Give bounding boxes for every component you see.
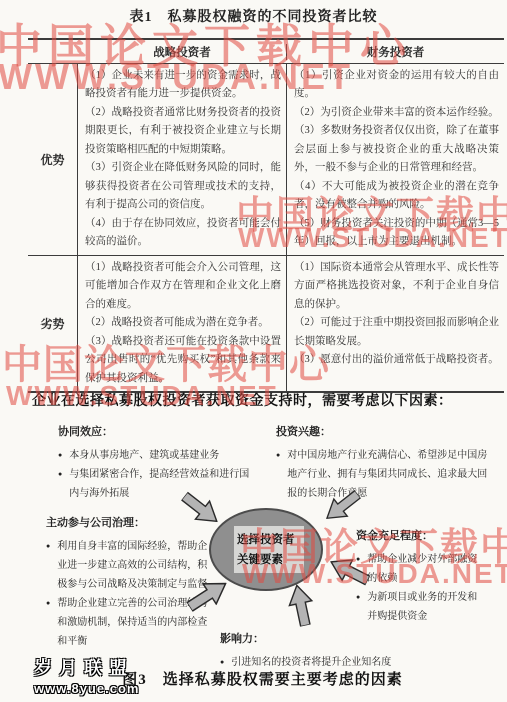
diagram-block-capital: 资金充足程度： ● 帮助企业减少对外部融资的依赖 ● 为新项目或业务的开发和并购… — [356, 527, 482, 626]
cell-advantages-strategic: （1）企业未来有进一步的资金需求时，战略投资者有能力进一步提供资金。 （2）战略… — [78, 64, 287, 255]
block-title: 资金充足程度： — [356, 527, 482, 546]
arrow-icon-from-influence — [284, 582, 318, 628]
cell-disadvantages-financial: （1）国际资本通常会从管理水平、成长性等方面严格挑选投资对象，不利于企业自身信息… — [287, 256, 504, 391]
block-title: 协同效应： — [58, 423, 250, 442]
bullet-text: 利用自身丰富的国际经验，帮助企业进一步建立高效的公司结构，积极参与公司战略及决策… — [57, 537, 216, 594]
diagram-block-governance: 主动参与公司治理： ● 利用自身丰富的国际经验，帮助企业进一步建立高效的公司结构… — [46, 514, 216, 651]
bullet-dot-icon: ● — [58, 465, 62, 503]
column-header-financial: 财务投资者 — [287, 44, 504, 60]
table-row-disadvantages: 劣势 （1）战略投资者可能会介入公司管理，这可能增加合作双方在管理和企业文化上磨… — [28, 256, 504, 391]
table-header-row: 战略投资者 财务投资者 — [28, 40, 504, 64]
block-title: 投资兴趣： — [276, 423, 496, 442]
site-badge-name: 岁月联盟 — [34, 654, 139, 680]
row-label-advantages: 优势 — [28, 64, 78, 255]
bullet-item: ● 利用自身丰富的国际经验，帮助企业进一步建立高效的公司结构，积极参与公司战略及… — [46, 537, 216, 594]
bullet-text: 对中国房地产行业充满信心、希望涉足中国房地产行业、拥有与集团共同成长、追求最大回… — [287, 446, 496, 503]
diagram-center-label-box: 选择投资者 关键要素 — [234, 526, 304, 573]
bullet-item: ● 为新项目或业务的开发和并购提供资金 — [356, 588, 482, 626]
bullet-dot-icon: ● — [276, 446, 280, 503]
center-label-line2: 关键要素 — [237, 550, 301, 570]
diagram-block-synergy: 协同效应： ● 本身从事房地产、建筑或基建业务 ● 与集团紧密合作，提高经营效益… — [58, 423, 250, 503]
bullet-dot-icon: ● — [46, 537, 50, 594]
diagram-block-influence: 影响力： ● 引进知名的投资者将提升企业知名度 — [220, 630, 465, 672]
bullet-dot-icon: ● — [46, 594, 50, 651]
bullet-text: 本身从事房地产、建筑或基建业务 — [69, 446, 219, 465]
table-row-advantages: 优势 （1）企业未来有进一步的资金需求时，战略投资者有能力进一步提供资金。 （2… — [28, 64, 504, 256]
bullet-item: ● 本身从事房地产、建筑或基建业务 — [58, 446, 250, 465]
center-label-line1: 选择投资者 — [237, 530, 301, 550]
block-title: 影响力： — [220, 630, 465, 649]
bullet-item: ● 与集团紧密合作，提高经营效益和进行国内与海外拓展 — [58, 465, 250, 503]
site-badge-url: www.8yue.com — [34, 681, 139, 696]
column-header-strategic: 战略投资者 — [78, 44, 287, 60]
bullet-dot-icon: ● — [356, 588, 360, 626]
investor-comparison-table: 战略投资者 财务投资者 优势 （1）企业未来有进一步的资金需求时，战略投资者有能… — [28, 38, 504, 393]
section-heading: 企业在选择私募股权投资者获取资金支持时，需要考虑以下因素： — [32, 390, 453, 410]
bullet-item: ● 帮助企业减少对外部融资的依赖 — [356, 550, 482, 588]
scanned-paper-page: { "page": { "table_title": "表1 私募股权融资的不同… — [0, 0, 507, 702]
bullet-dot-icon: ● — [58, 446, 62, 465]
row-label-disadvantages: 劣势 — [28, 256, 78, 391]
cell-disadvantages-strategic: （1）战略投资者可能会介入公司管理，这可能增加合作双方在管理和企业文化上磨合的难… — [78, 256, 287, 391]
cell-advantages-financial: （1）引资企业对资金的运用有较大的自由度。 （2）为引资企业带来丰富的资本运作经… — [287, 64, 504, 255]
bullet-item: ● 对中国房地产行业充满信心、希望涉足中国房地产行业、拥有与集团共同成长、追求最… — [276, 446, 496, 503]
diagram-center-ellipse: 选择投资者 关键要素 — [209, 508, 323, 591]
site-badge: 岁月联盟 www.8yue.com — [34, 654, 139, 696]
bullet-text: 为新项目或业务的开发和并购提供资金 — [367, 588, 482, 626]
diagram-block-interest: 投资兴趣： ● 对中国房地产行业充满信心、希望涉足中国房地产行业、拥有与集团共同… — [276, 423, 496, 503]
bullet-text: 帮助企业减少对外部融资的依赖 — [367, 550, 482, 588]
bullet-text: 与集团紧密合作，提高经营效益和进行国内与海外拓展 — [69, 465, 250, 503]
table-title: 表1 私募股权融资的不同投资者比较 — [0, 6, 507, 26]
